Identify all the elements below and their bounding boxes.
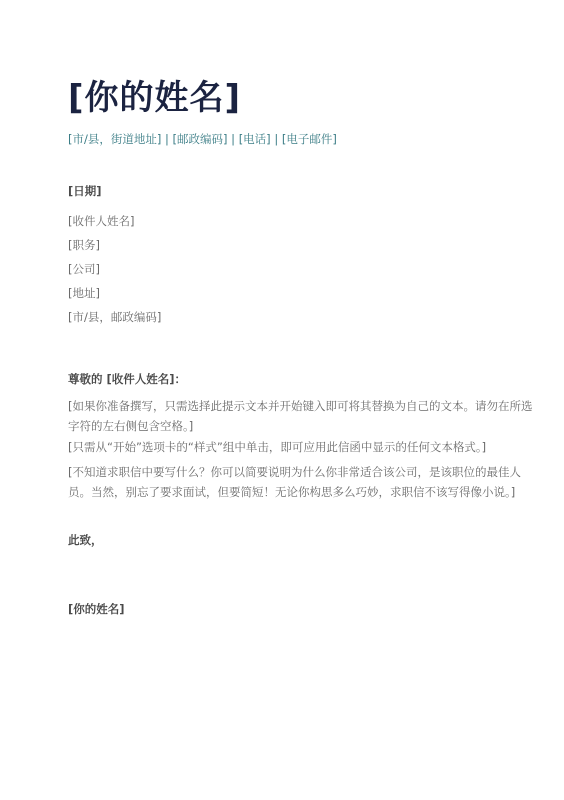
body-paragraph-3[interactable]: [不知道求职信中要写什么？你可以简要说明为什么你非常适合该公司，是该职位的最佳人… bbox=[68, 462, 498, 502]
body-paragraph-2[interactable]: [只需从“开始”选项卡的“样式”组中单击，即可应用此信函中显示的任何文本格式。] bbox=[68, 437, 498, 457]
paragraph-line: 员。当然，别忘了要求面试，但要简短！无论你构思多么巧妙，求职信不该写得像小说。] bbox=[68, 482, 498, 502]
salutation[interactable]: 尊敬的 [收件人姓名]： bbox=[68, 371, 186, 387]
contact-info-line[interactable]: [市/县，街道地址] | [邮政编码] | [电话] | [电子邮件] bbox=[68, 131, 337, 147]
body-paragraph-1[interactable]: [如果你准备撰写，只需选择此提示文本并开始键入即可将其替换为自己的文本。请勿在所… bbox=[68, 396, 498, 436]
recipient-address[interactable]: [地址] bbox=[68, 285, 100, 301]
paragraph-line: 字符的左右侧包含空格。] bbox=[68, 416, 498, 436]
closing[interactable]: 此致， bbox=[68, 532, 103, 548]
signature-name[interactable]: [你的姓名] bbox=[68, 601, 125, 617]
recipient-city-postal[interactable]: [市/县，邮政编码] bbox=[68, 309, 161, 325]
recipient-position[interactable]: [职务] bbox=[68, 237, 100, 253]
date-field[interactable]: [日期] bbox=[68, 183, 102, 199]
paragraph-line: [只需从“开始”选项卡的“样式”组中单击，即可应用此信函中显示的任何文本格式。] bbox=[68, 437, 498, 457]
paragraph-line: [不知道求职信中要写什么？你可以简要说明为什么你非常适合该公司，是该职位的最佳人 bbox=[68, 462, 498, 482]
recipient-name[interactable]: [收件人姓名] bbox=[68, 213, 134, 229]
document-page: [你的姓名] [市/县，街道地址] | [邮政编码] | [电话] | [电子邮… bbox=[0, 0, 564, 800]
paragraph-line: [如果你准备撰写，只需选择此提示文本并开始键入即可将其替换为自己的文本。请勿在所… bbox=[68, 396, 498, 416]
sender-name-title[interactable]: [你的姓名] bbox=[68, 76, 241, 120]
recipient-company[interactable]: [公司] bbox=[68, 261, 100, 277]
